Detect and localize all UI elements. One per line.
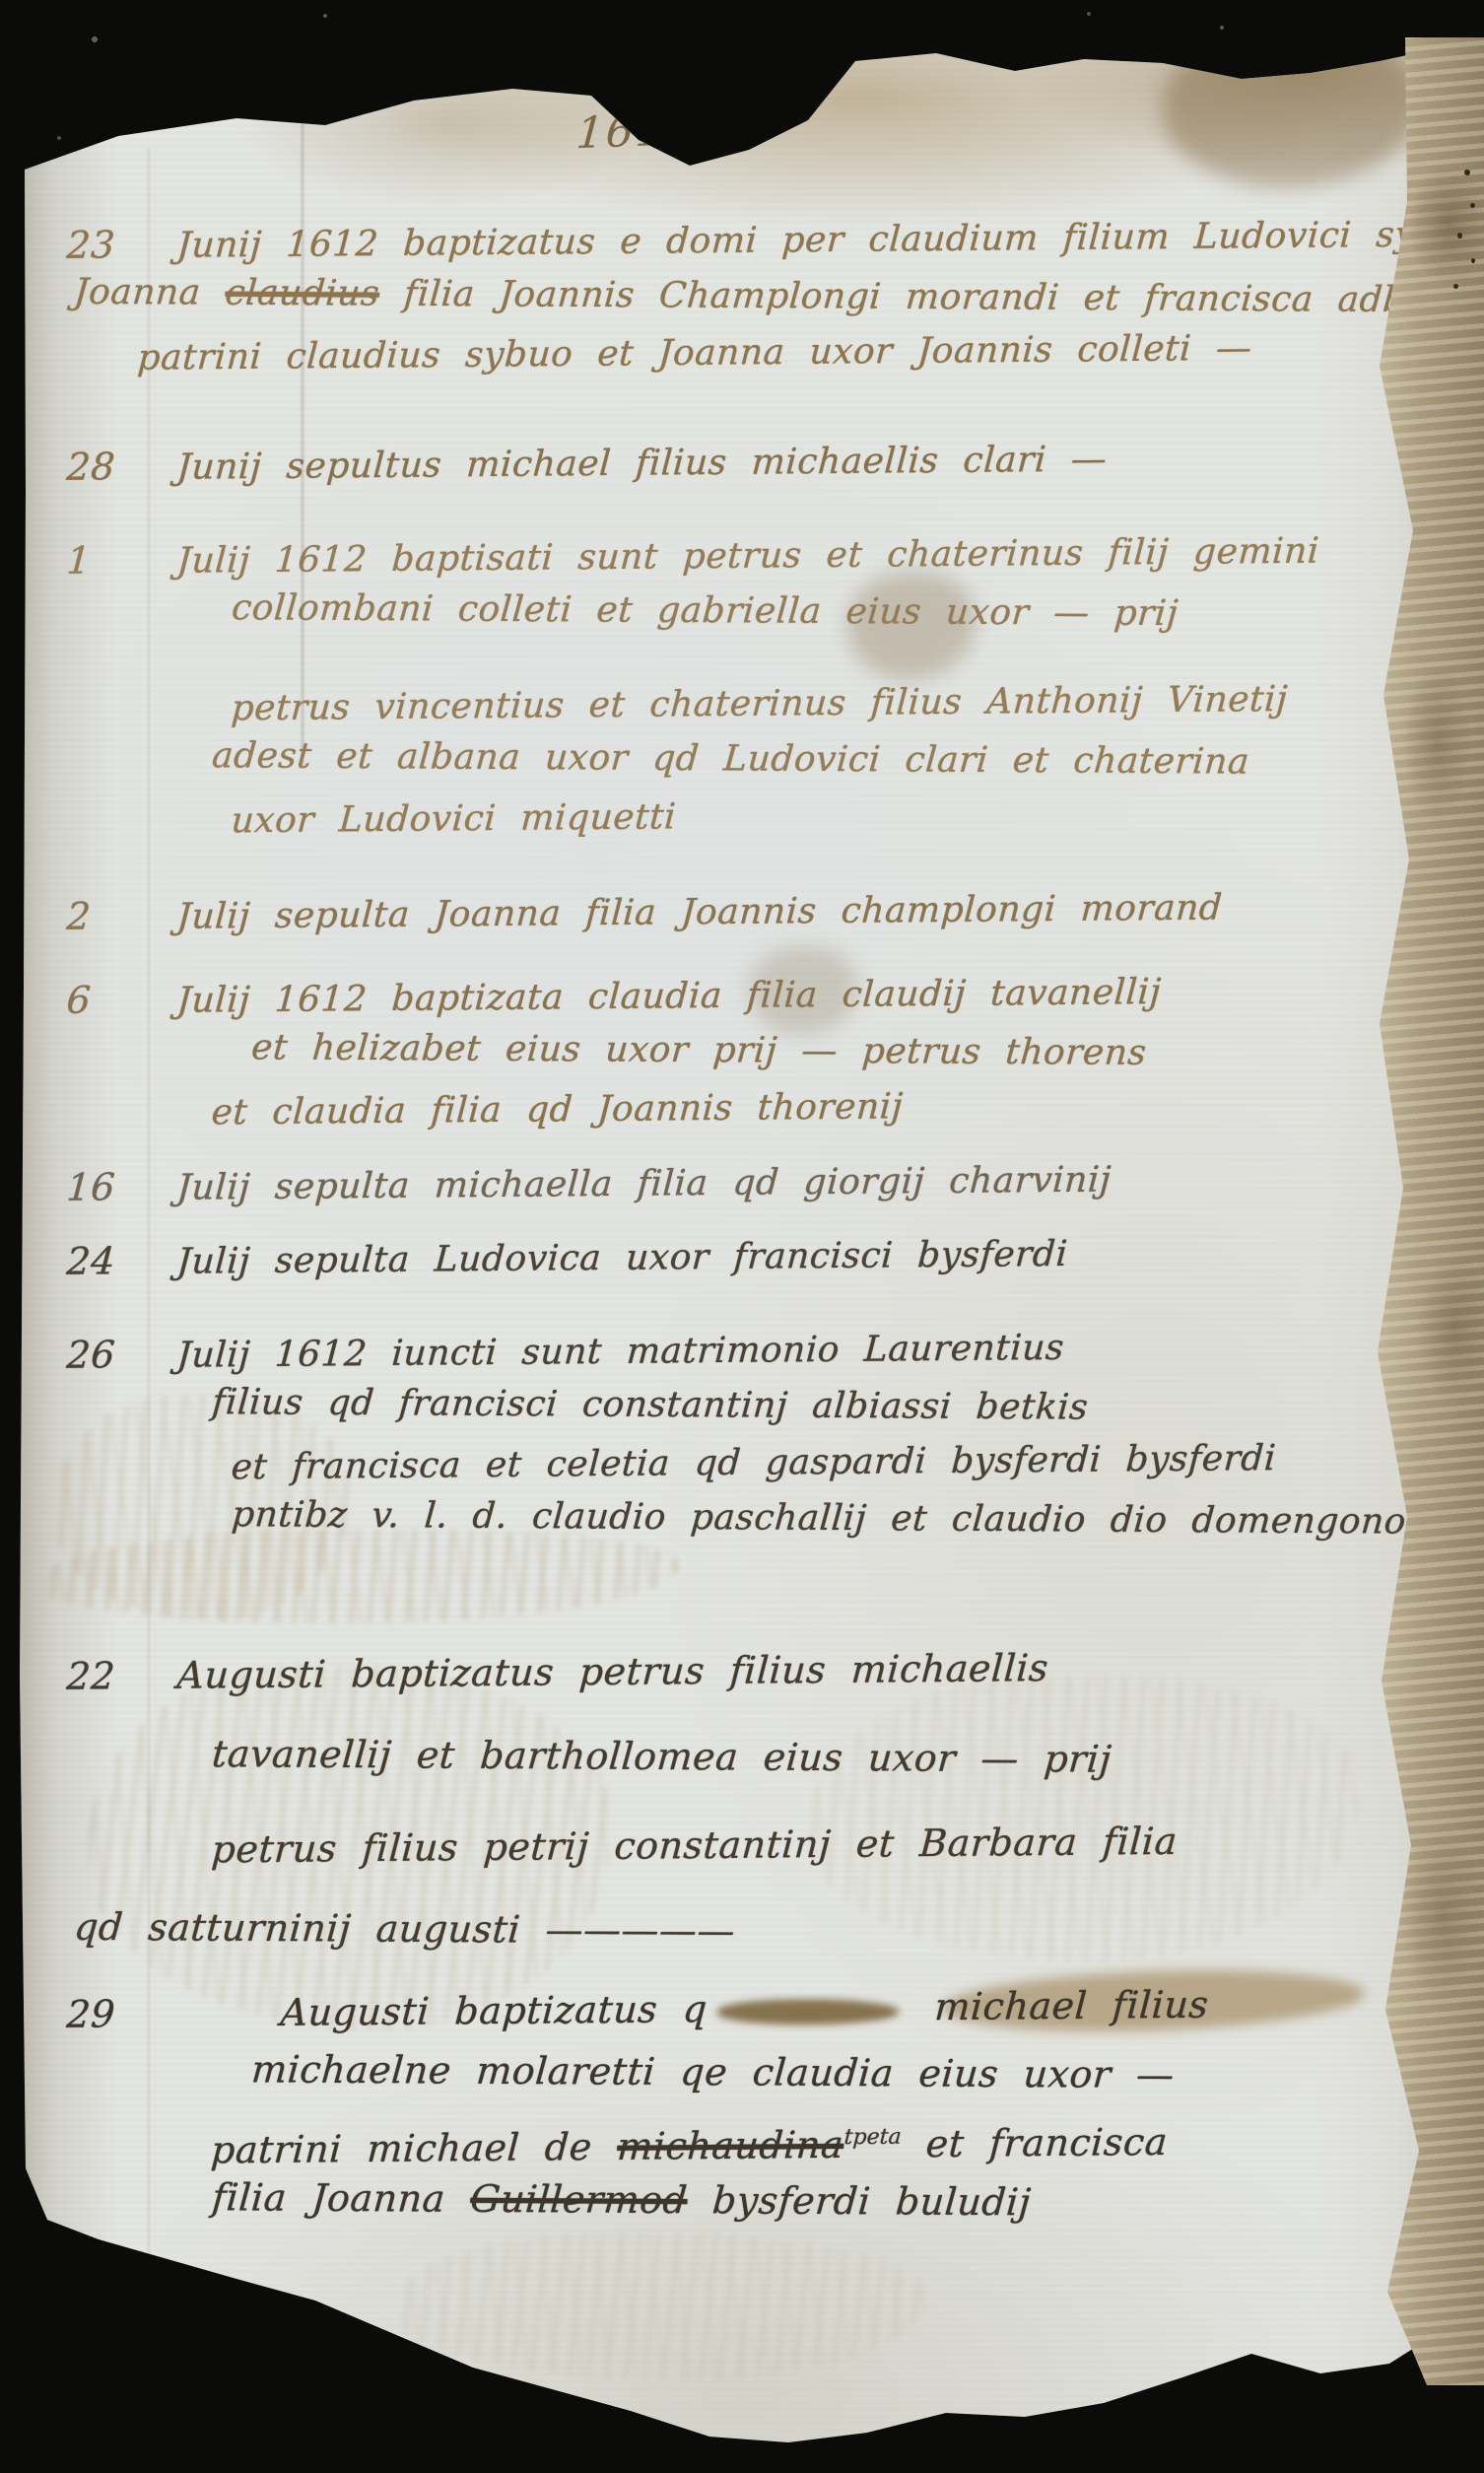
entry-day: 26 xyxy=(65,1327,179,1384)
entry-text: Julij 1612 baptizata claudia filia claud… xyxy=(175,972,1162,1021)
ink-speck xyxy=(1453,284,1458,289)
entry-text: Julij 1612 baptisati sunt petrus et chat… xyxy=(175,531,1320,582)
entry-text: et claudia filia qd Joannis thorenij xyxy=(210,1086,904,1133)
entry-text: Julij 1612 iuncti sunt matrimonio Lauren… xyxy=(175,1328,1065,1376)
entry-text: patrini claudius sybuo et Joanna uxor Jo… xyxy=(136,328,1252,378)
register-entry: 16Julij sepulta michaella filia qd giorg… xyxy=(0,1154,1439,1210)
entry-line: uxor Ludovici miquetti xyxy=(230,783,1441,850)
entry-text: tavanellij et barthollomea eius uxor — p… xyxy=(211,1732,1113,1781)
entry-line: collombani colleti et gabriella eius uxo… xyxy=(230,580,1441,643)
entry-text: Julij sepulta Joanna filia Joannis champ… xyxy=(175,888,1223,937)
entry-text: uxor Ludovici miquetti xyxy=(230,796,677,841)
entry-text: Augusti baptizatus q xyxy=(279,1987,708,2034)
entry-line: filia Joanna Guillermod bysferdi buludij xyxy=(210,2165,1441,2237)
register-entry: 2Julij sepulta Joanna filia Joannis cham… xyxy=(0,883,1439,939)
entry-text: filius qd francisci constantinj albiassi… xyxy=(211,1382,1090,1427)
entry-line: patrini michael de michaudinatpeta et fr… xyxy=(210,2100,1442,2175)
register-entry: 1Julij 1612 baptisati sunt petrus et cha… xyxy=(0,527,1439,844)
entry-day: 28 xyxy=(65,439,179,496)
entry-line: 29Augusti baptizatus q michael filius xyxy=(0,1971,1441,2048)
struck-text: claudius xyxy=(224,273,381,314)
entry-text: et helizabet eius uxor prij — petrus tho… xyxy=(250,1027,1148,1073)
ink-speck xyxy=(1464,170,1470,175)
entry-text: bysferdi buludij xyxy=(686,2178,1033,2224)
entry-text: pntibz v. l. d. claudio paschallij et cl… xyxy=(231,1494,1408,1542)
entry-line: filius qd francisci constantinj albiassi… xyxy=(210,1374,1441,1438)
entry-line: petrus filius petrij constantinj et Barb… xyxy=(209,1796,1442,1893)
entry-text: et francisca et celetia qd gaspardi bysf… xyxy=(230,1438,1277,1487)
entry-day: 16 xyxy=(65,1159,179,1216)
entry-line: michaelne molaretti qe claudia eius uxor… xyxy=(249,2037,1441,2108)
register-entry: 22Augusti baptizatus petrus filius micha… xyxy=(0,1627,1439,1974)
entry-line: 16Julij sepulta michaella filia qd giorg… xyxy=(0,1148,1441,1217)
entry-line: 24Julij sepulta Ludovica uxor francisci … xyxy=(0,1222,1441,1291)
struck-text: michaudina xyxy=(616,2122,845,2167)
entry-text: patrini michael de xyxy=(210,2124,619,2171)
entry-text: adest et albana uxor qd Ludovici clari e… xyxy=(211,735,1251,782)
entry-line: et claudia filia qd Joannis thorenij xyxy=(210,1074,1441,1141)
entry-line: petrus vincentius et chaterinus filius A… xyxy=(230,670,1441,737)
register-entry: 28Junij sepultus michael filius michaell… xyxy=(0,434,1439,490)
entry-text: michaelne molaretti qe claudia eius uxor… xyxy=(250,2047,1177,2096)
register-entry: 26Julij 1612 iuncti sunt matrimonio Laur… xyxy=(0,1322,1439,1546)
entry-line: et francisca et celetia qd gaspardi bysf… xyxy=(230,1429,1441,1496)
entry-text: petrus vincentius et chaterinus filius A… xyxy=(230,679,1289,728)
entry-line: 22Augusti baptizatus petrus filius micha… xyxy=(0,1621,1442,1721)
entry-text: qd satturninij augusti ————— xyxy=(73,1905,737,1953)
erased-word-smudge xyxy=(716,1998,901,2026)
entry-text: filia Joannis Champlongi morandi et fran… xyxy=(378,274,1452,321)
entry-line: 1Julij 1612 baptisati sunt petrus et cha… xyxy=(0,521,1441,590)
entry-line: tavanellij et barthollomea eius uxor — p… xyxy=(209,1710,1442,1805)
entry-text: petrus filius petrij constantinj et Barb… xyxy=(210,1820,1179,1872)
struck-text: Guillermod xyxy=(469,2177,689,2222)
manuscript-page: 1612 23Junij 1612 baptizatus e domi per … xyxy=(0,0,1484,2473)
entry-day: 22 xyxy=(64,1632,179,1720)
entry-line: et helizabet eius uxor prij — petrus tho… xyxy=(249,1019,1441,1082)
entry-text: Augusti baptizatus petrus filius michael… xyxy=(175,1646,1049,1697)
register-entry: 6Julij 1612 baptizata claudia filia clau… xyxy=(0,967,1439,1135)
entry-day: 6 xyxy=(65,972,179,1029)
register-entry: 29Augusti baptizatus q michael filiusmic… xyxy=(0,1977,1439,2233)
manuscript-photo: 1612 23Junij 1612 baptizatus e domi per … xyxy=(0,0,1484,2473)
entry-line: 28Junij sepultus michael filius michaell… xyxy=(0,428,1441,497)
entry-day: 1 xyxy=(65,532,179,589)
entry-text: et francisca xyxy=(900,2120,1170,2165)
register-entries: 23Junij 1612 baptizatus e domi per claud… xyxy=(0,0,1439,2233)
entry-text: michael filius xyxy=(909,1983,1210,2029)
entry-day: 2 xyxy=(65,888,179,945)
entry-text: collombani colleti et gabriella eius uxo… xyxy=(231,587,1180,634)
entry-text: Julij sepulta michaella filia qd giorgij… xyxy=(175,1160,1113,1208)
entry-text: Junij 1612 baptizatus e domi per claudiu… xyxy=(175,214,1461,265)
entry-text: Junij sepultus michael filius michaellis… xyxy=(175,440,1108,488)
ink-speck xyxy=(1470,203,1475,208)
register-entry: 24Julij sepulta Ludovica uxor francisci … xyxy=(0,1228,1439,1284)
entry-line: pntibz v. l. d. claudio paschallij et cl… xyxy=(230,1486,1441,1549)
ink-speck xyxy=(1471,258,1475,263)
entry-line: patrini claudius sybuo et Joanna uxor Jo… xyxy=(136,318,1441,386)
entry-line: 6Julij 1612 baptizata claudia filia clau… xyxy=(0,961,1441,1030)
ink-bleedthrough xyxy=(394,2233,926,2380)
entry-line: adest et albana uxor qd Ludovici clari e… xyxy=(210,727,1441,791)
entry-text: Joanna xyxy=(73,272,227,313)
entry-day: 24 xyxy=(65,1233,179,1290)
entry-text: tpeta xyxy=(843,2124,902,2150)
entry-line: Joanna claudius filia Joannis Champlongi… xyxy=(72,264,1441,328)
entry-line: qd satturninij augusti ————— xyxy=(71,1884,1442,1978)
entry-day: 29 xyxy=(65,1982,179,2047)
entry-text: Julij sepulta Ludovica uxor francisci by… xyxy=(175,1234,1068,1282)
entry-line: 2Julij sepulta Joanna filia Joannis cham… xyxy=(0,877,1441,946)
entry-text: filia Joanna xyxy=(211,2175,472,2221)
register-entry: 23Junij 1612 baptizatus e domi per claud… xyxy=(0,212,1439,380)
ink-speck xyxy=(1457,233,1462,239)
